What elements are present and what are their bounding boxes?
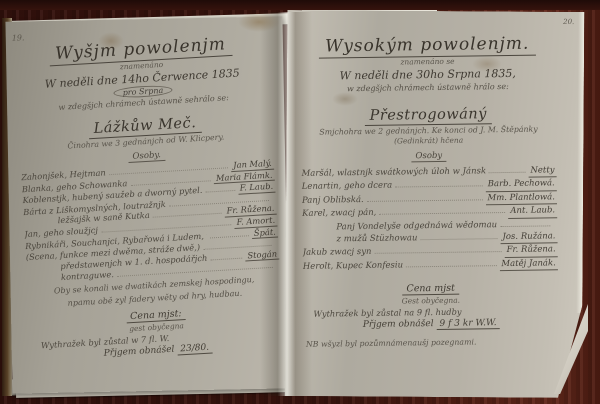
manuscript-photo: 19. Wyšjm powolenjmznamenánoW neděli dne…	[0, 0, 600, 404]
right-page-text: Wysokým powolenjm.znamenáno seW neděli d…	[283, 9, 585, 399]
left-page: 19. Wyšjm powolenjmznamenánoW neděli dne…	[5, 16, 289, 393]
right-venue-line: w zdegšjch chrámech ústawně hrálo se:	[300, 80, 555, 96]
right-cast-header: Osoby	[301, 148, 556, 164]
left-page-text: Wyšjm powolenjmznamenánoW neděli dne 14h…	[0, 11, 296, 398]
right-nb-line: NB wšyzl byl pozůmnámenaušj pozegnami.	[304, 336, 559, 351]
open-book: 19. Wyšjm powolenjmznamenánoW neděli dne…	[2, 4, 588, 400]
cast-row: Herolt, Kupec KonfesiuMatěj Janák.	[303, 257, 558, 274]
right-title: Wysokým powolenjm.	[300, 33, 555, 58]
right-page: 20. Wysokým powolenjm.znamenáno seW nedě…	[285, 10, 585, 398]
